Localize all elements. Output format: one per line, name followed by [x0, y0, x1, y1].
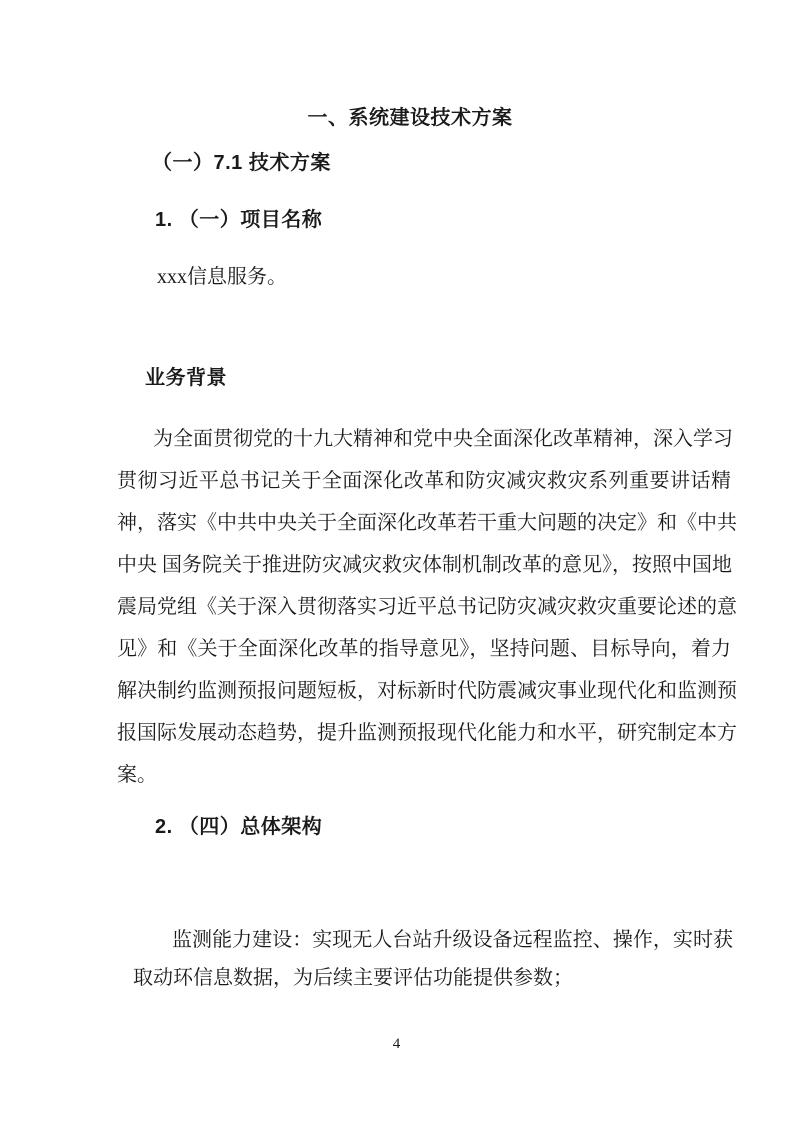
document-title: 一、系统建设技术方案 — [117, 101, 703, 130]
paragraph-line: 神，落实《中共中央关于全面深化改革若干重大问题的决定》和《中共 — [117, 502, 731, 544]
paragraph-line: 震局党组《关于深入贯彻落实习近平总书记防灾减灾救灾重要论述的意 — [117, 586, 731, 628]
architecture-paragraph: 监测能力建设：实现无人台站升级设备远程监控、操作，实时获 取动环信息数据，为后续… — [133, 921, 733, 997]
paragraph-line: 贯彻习近平总书记关于全面深化改革和防灾减灾救灾系列重要讲话精 — [117, 460, 731, 502]
paragraph-line: 为全面贯彻党的十九大精神和党中央全面深化改革精神，深入学习 — [117, 418, 731, 460]
paragraph-line: 报国际发展动态趋势，提升监测预报现代化能力和水平，研究制定本方 — [117, 712, 731, 754]
paragraph-line: 解决制约监测预报问题短板，对标新时代防震减灾事业现代化和监测预 — [117, 670, 731, 712]
document-page: 一、系统建设技术方案 （一）7.1 技术方案 1. （一）项目名称 xxx信息服… — [0, 0, 793, 1122]
paragraph-line: 案。 — [117, 754, 731, 796]
page-number: 4 — [0, 1036, 793, 1053]
heading-business-background: 业务背景 — [145, 361, 227, 390]
heading-overall-architecture: 2. （四）总体架构 — [155, 810, 322, 839]
heading-project-name: 1. （一）项目名称 — [155, 203, 322, 232]
project-name-text: xxx信息服务。 — [157, 260, 287, 289]
business-background-paragraph: 为全面贯彻党的十九大精神和党中央全面深化改革精神，深入学习 贯彻习近平总书记关于… — [117, 418, 731, 796]
paragraph-line: 见》和《关于全面深化改革的指导意见》，坚持问题、目标导向，着力 — [117, 628, 731, 670]
heading-technical-plan: （一）7.1 技术方案 — [152, 146, 331, 175]
paragraph-line: 监测能力建设：实现无人台站升级设备远程监控、操作，实时获 — [133, 921, 733, 959]
paragraph-line: 取动环信息数据，为后续主要评估功能提供参数； — [133, 959, 733, 997]
paragraph-line: 中央 国务院关于推进防灾减灾救灾体制机制改革的意见》，按照中国地 — [117, 544, 731, 586]
